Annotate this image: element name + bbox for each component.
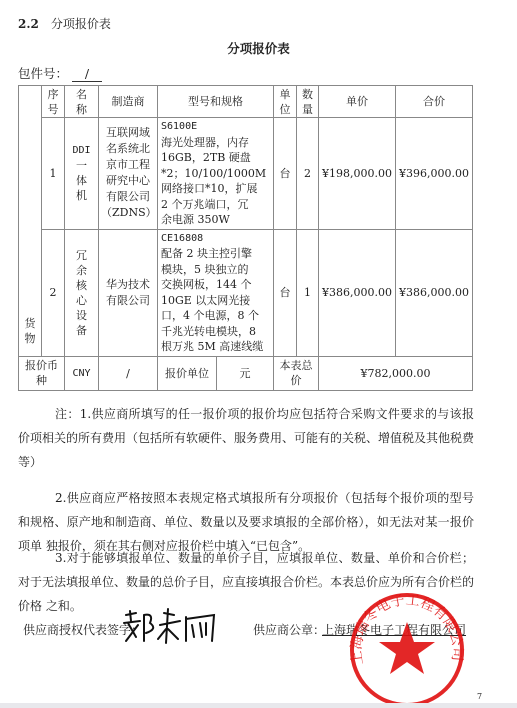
row2-maker: 华为技术有限公司 [99,229,158,356]
section-number: 2.2 [18,17,39,31]
seal-label: 供应商公章： [253,621,325,638]
row1-spec: S6100E 海光处理器，内存 16GB，2TB 硬盘 *2；10/100/10… [158,118,274,230]
package-number: 包件号：/ [18,64,102,82]
page-number: 7 [477,692,482,701]
row1-qty: 2 [297,118,319,230]
header-total: 合价 [396,86,473,118]
sum-value: ¥782,000.00 [319,356,473,390]
sum-label: 本表总价 [274,356,319,390]
group-cell: 货物 [19,86,42,357]
header-seq: 序号 [42,86,65,118]
row1-name: DDI一体机 [65,118,99,230]
section-heading: 2.2分项报价表 [18,15,111,32]
row1-seq: 1 [42,118,65,230]
row2-total: ¥386,000.00 [396,229,473,356]
package-value: / [72,66,102,82]
header-unit-price: 单价 [319,86,396,118]
row2-spec: CE16808 配备 2 块主控引擎 模块，5 块独立的 交换网板，144 个 … [158,229,274,356]
row2-seq: 2 [42,229,65,356]
note-1: 注：1.供应商所填写的任一报价项的报价均应包括符合采购文件要求的与该报价项相关的… [18,402,474,474]
row2-qty: 1 [297,229,319,356]
row1-maker: 互联网域名系统北京市工程研究中心有限公司（ZDNS） [99,118,158,230]
blank-cell: / [99,356,158,390]
unit-label: 报价单位 [158,356,217,390]
header-spec: 型号和规格 [158,86,274,118]
unit-value: 元 [217,356,274,390]
document-page: 2.2分项报价表 分项报价表 包件号：/ 货物 序号 名称 制造商 型号和规格 … [0,0,517,703]
currency-label: 报价币种 [19,356,65,390]
row1-total: ¥396,000.00 [396,118,473,230]
table-title: 分项报价表 [0,39,517,57]
row2-unit: 台 [274,229,297,356]
table-footer-row: 报价币种 CNY / 报价单位 元 本表总价 ¥782,000.00 [19,356,473,390]
header-unit: 单位 [274,86,297,118]
row2-unit-price: ¥386,000.00 [319,229,396,356]
row1-unit: 台 [274,118,297,230]
currency-value: CNY [65,356,99,390]
section-title: 分项报价表 [51,17,111,31]
company-seal-icon: 上海瑞冬电子工程有限公司 [343,592,471,703]
header-name: 名称 [65,86,99,118]
package-label: 包件号： [18,66,68,81]
quote-table: 货物 序号 名称 制造商 型号和规格 单位 数量 单价 合价 1 DDI一体机 … [18,85,473,391]
row1-unit-price: ¥198,000.00 [319,118,396,230]
table-row: 1 DDI一体机 互联网域名系统北京市工程研究中心有限公司（ZDNS） S610… [19,118,473,230]
header-qty: 数量 [297,86,319,118]
row2-name: 冗余核心设备 [65,229,99,356]
table-row: 2 冗余核心设备 华为技术有限公司 CE16808 配备 2 块主控引擎 模块，… [19,229,473,356]
table-header-row: 货物 序号 名称 制造商 型号和规格 单位 数量 单价 合价 [19,86,473,118]
handwritten-signature [122,607,232,645]
header-maker: 制造商 [99,86,158,118]
